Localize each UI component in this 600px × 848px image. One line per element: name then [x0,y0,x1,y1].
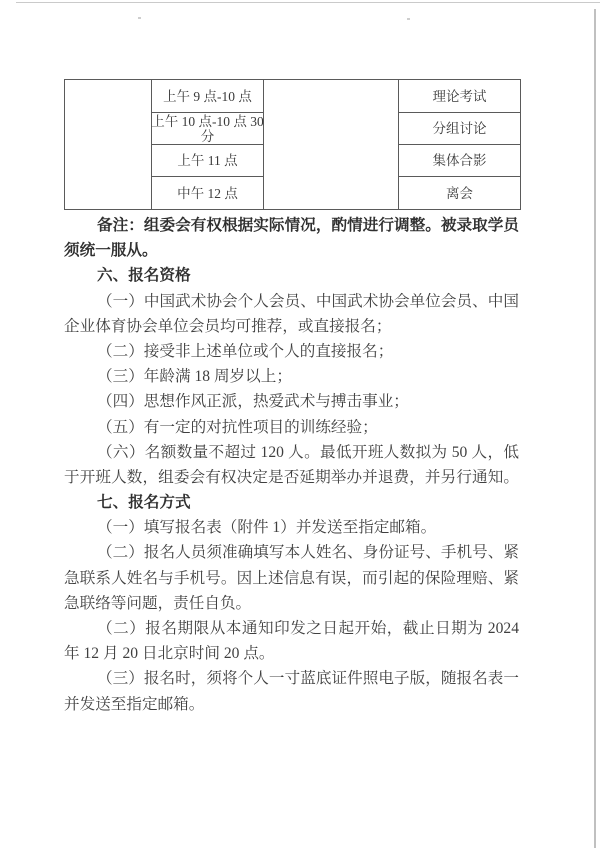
table-time-text: 上午 10 点-10 点 30 [151,114,264,129]
table-time-cell: 上午 11 点 [152,145,264,177]
table-time-text: 分 [201,129,215,144]
table-activity-text: 理论考试 [433,89,487,104]
table-activity-cell: 集体合影 [399,145,520,177]
table-activity-cell: 理论考试 [399,80,520,113]
table-activity-text: 分组讨论 [433,121,487,136]
table-empty-middle-cell [264,80,399,209]
document-text-line: （三）报名时，须将个人一寸蓝底证件照电子版，随报名表一 [64,666,519,691]
schedule-table: 上午 9 点-10 点理论考试上午 10 点-10 点 30分分组讨论上午 11… [64,79,521,210]
document-heading-line: 六、报名资格 [64,263,519,288]
scanned-document-page: 上午 9 点-10 点理论考试上午 10 点-10 点 30分分组讨论上午 11… [0,0,600,848]
table-empty-left-cell [65,80,152,209]
document-text-line: （二）报名期限从本通知印发之日起开始，截止日期为 2024 [64,616,519,641]
table-time-cell: 上午 9 点-10 点 [152,80,264,113]
table-activity-cell: 离会 [399,177,520,209]
document-heading-line: 备注：组委会有权根据实际情况，酌情进行调整。被录取学员 [64,213,519,238]
table-time-text: 上午 9 点-10 点 [163,89,252,104]
document-text-line: 于开班人数，组委会有权决定是否延期举办并退费，并另行通知。 [64,465,519,490]
table-time-text: 中午 12 点 [177,186,238,201]
document-text-line: （一）中国武术协会个人会员、中国武术协会单位会员、中国 [64,289,519,314]
document-text-line: （一）填写报名表（附件 1）并发送至指定邮箱。 [64,515,519,540]
document-text-line: （六）名额数量不超过 120 人。最低开班人数拟为 50 人，低 [64,440,519,465]
table-activity-text: 离会 [446,186,473,201]
scan-speck [138,17,141,19]
scan-artifact-right-line [594,9,596,848]
table-time-cell: 上午 10 点-10 点 30分 [152,113,264,145]
document-heading-line: 须统一服从。 [64,238,519,263]
document-heading-line: 七、报名方式 [64,490,519,515]
document-text-line: （四）思想作风正派，热爱武术与搏击事业； [64,389,519,414]
document-text-line: 并发送至指定邮箱。 [64,692,519,717]
document-body: 备注：组委会有权根据实际情况，酌情进行调整。被录取学员须统一服从。六、报名资格（… [64,213,519,717]
scan-speck [407,18,410,20]
table-time-cell: 中午 12 点 [152,177,264,209]
table-time-text: 上午 11 点 [177,153,237,168]
document-text-line: 企业体育协会单位会员均可推荐，或直接报名； [64,314,519,339]
document-text-line: 急联系人姓名与手机号。因上述信息有误，而引起的保险理赔、紧 [64,566,519,591]
table-activity-text: 集体合影 [433,153,487,168]
document-text-line: （二）接受非上述单位或个人的直接报名； [64,339,519,364]
document-text-line: （二）报名人员须准确填写本人姓名、身份证号、手机号、紧 [64,540,519,565]
document-text-line: 年 12 月 20 日北京时间 20 点。 [64,641,519,666]
document-text-line: （三）年龄满 18 周岁以上； [64,364,519,389]
table-activity-cell: 分组讨论 [399,113,520,145]
document-text-line: 急联络等问题，责任自负。 [64,591,519,616]
document-text-line: （五）有一定的对抗性项目的训练经验； [64,415,519,440]
scan-artifact-top-line [16,2,600,3]
